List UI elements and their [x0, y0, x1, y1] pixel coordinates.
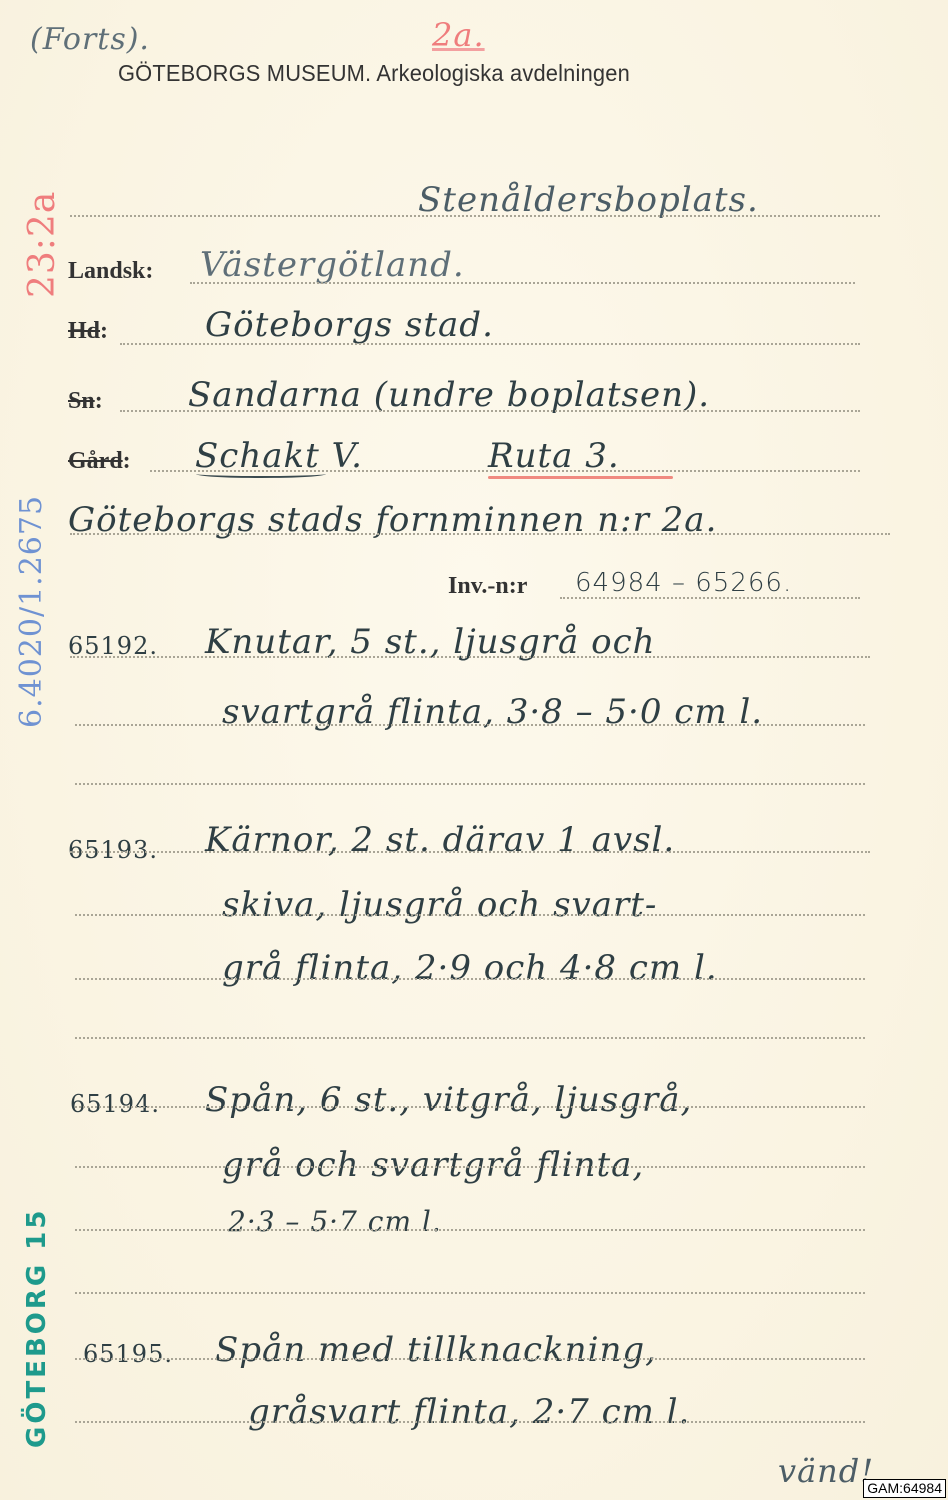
card-number: 2a.: [432, 16, 485, 54]
dotted-line: [75, 914, 865, 916]
struck-label-text: Sn: [68, 388, 95, 414]
struck-label-text: Gård: [68, 448, 123, 474]
dotted-line: [70, 533, 890, 535]
museum-header: GÖTEBORGS MUSEUM. Arkeologiska avdelning…: [118, 60, 630, 87]
continued-note: (Forts).: [30, 22, 150, 57]
dotted-line: [75, 1229, 865, 1231]
dotted-line: [120, 343, 860, 345]
entry-number: 65194.: [70, 1090, 160, 1118]
turn-over-note: vänd!: [778, 1452, 874, 1490]
dotted-line: [75, 724, 865, 726]
dotted-line: [70, 851, 870, 853]
field-value-harad: Göteborgs stad.: [205, 305, 494, 345]
dotted-line: [150, 470, 860, 472]
dotted-line: [70, 215, 880, 217]
entry-text-line: Kärnor, 2 st. därav 1 avsl.: [205, 820, 675, 860]
dotted-line: [70, 656, 870, 658]
dotted-line: [75, 1292, 865, 1294]
entry-text-line: Spån, 6 st., vitgrå, ljusgrå,: [205, 1080, 692, 1120]
dotted-line: [75, 1037, 865, 1039]
entry-text-line: gråsvart flinta, 2·7 cm l.: [248, 1392, 690, 1432]
field-value-landskap: Västergötland.: [200, 245, 465, 285]
field-label-landskap: Landsk:: [68, 258, 153, 285]
dotted-line: [75, 1166, 865, 1168]
field-value-socken: Sandarna (undre boplatsen).: [188, 375, 710, 415]
dotted-line: [75, 1106, 865, 1108]
entry-text-line: 2·3 – 5·7 cm l.: [228, 1205, 442, 1238]
location-stamp: GÖTEBORG 15: [22, 1208, 52, 1448]
entry-number: 65195.: [83, 1340, 173, 1368]
red-underline: [488, 476, 673, 479]
catalog-card: (Forts). 2a. GÖTEBORGS MUSEUM. Arkeologi…: [0, 0, 948, 1500]
site-type: Stenåldersboplats.: [418, 180, 759, 220]
entry-number: 65193.: [68, 836, 158, 864]
field-label-harad: Hd:: [68, 318, 108, 345]
entry-text-line: Spån med tillknackning,: [215, 1330, 657, 1370]
dotted-line: [190, 282, 855, 284]
entry-text-line: svartgrå flinta, 3·8 – 5·0 cm l.: [222, 692, 763, 732]
dotted-line: [120, 410, 860, 412]
struck-label-text: Hd: [68, 318, 100, 344]
entry-text-line: skiva, ljusgrå och svart-: [222, 885, 657, 925]
dotted-line: [75, 978, 865, 980]
label-colon: :: [95, 388, 103, 414]
dotted-line: [75, 783, 865, 785]
label-colon: :: [123, 448, 131, 474]
dotted-line: [75, 1421, 865, 1423]
dotted-line: [560, 597, 860, 599]
label-colon: :: [100, 318, 108, 344]
inventory-label: Inv.-n:r: [448, 573, 527, 600]
red-margin-number: 23:2a: [22, 191, 63, 298]
dotted-line: [75, 1358, 865, 1360]
field-label-socken: Sn:: [68, 388, 103, 415]
blue-margin-number: 6.4020/1.2675: [14, 495, 49, 728]
entry-text-line: grå flinta, 2·9 och 4·8 cm l.: [222, 948, 718, 988]
inventory-badge: GAM:64984: [863, 1479, 946, 1498]
field-label-gard: Gård:: [68, 448, 131, 475]
inventory-range: 64984 – 65266.: [575, 568, 792, 598]
entry-text-line: grå och svartgrå flinta,: [222, 1145, 644, 1185]
